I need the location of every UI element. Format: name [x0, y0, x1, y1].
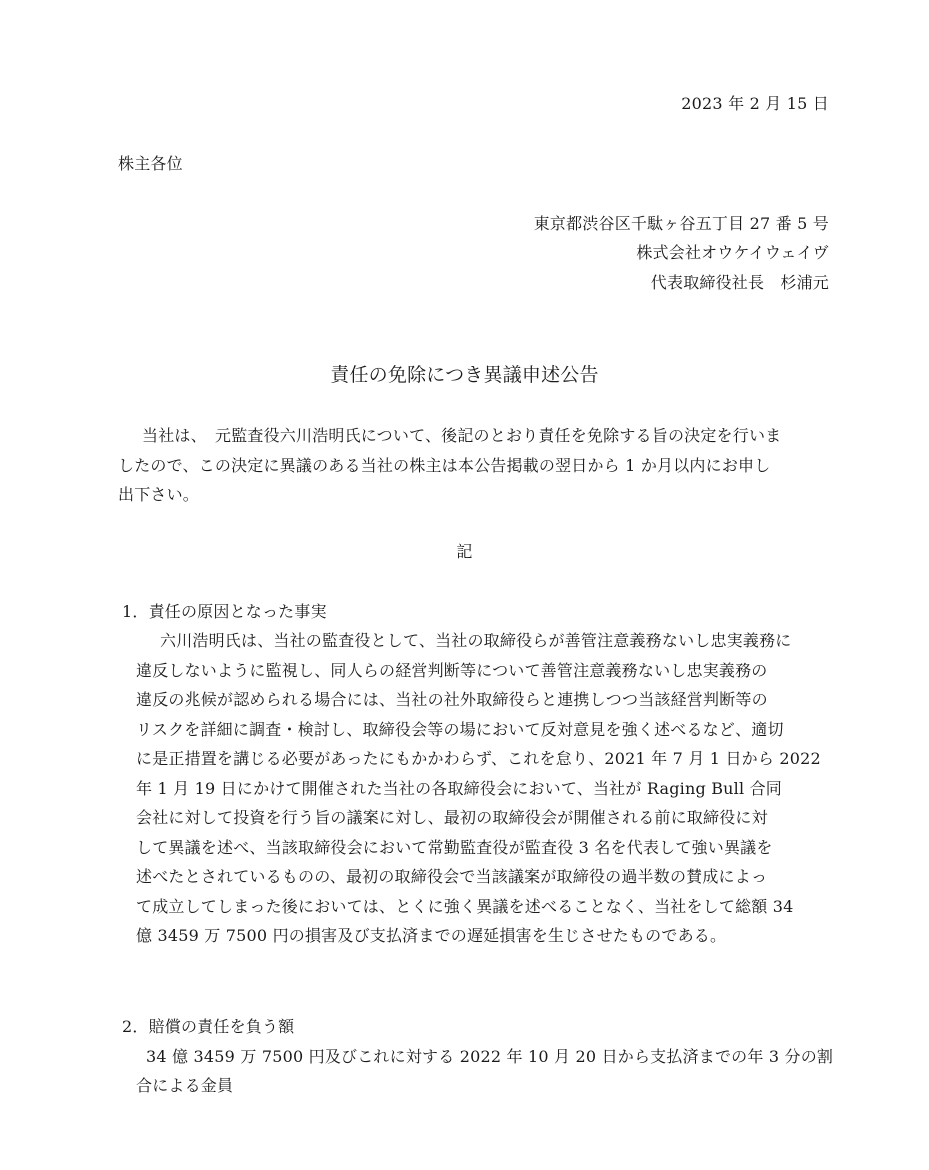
ki-marker: 記 [0, 544, 929, 560]
section-heading: 2．賠償の責任を負う額 [122, 1019, 294, 1035]
addressee: 株主各位 [118, 156, 183, 172]
intro-line: 当社は、 元監査役六川浩明氏について、後記のとおり責任を免除する旨の決定を行いま [142, 428, 781, 444]
page-title: 責任の免除につき異議申述公告 [0, 366, 929, 385]
intro-line: したので、この決定に異議のある当社の株主は本公告掲載の翌日から 1 か月以内にお… [118, 458, 770, 474]
section-line: して異議を述べ、当該取締役会において常勤監査役が監査役 3 名を代表して強い異議… [136, 840, 773, 856]
sender-address: 東京都渋谷区千駄ヶ谷五丁目 27 番 5 号 [534, 216, 829, 232]
intro-line: 出下さい。 [118, 487, 199, 503]
section-line: 違反の兆候が認められる場合には、当社の社外取締役らと連携しつつ当該経営判断等の [136, 692, 768, 708]
document-page: 2023 年 2 月 15 日 株主各位 東京都渋谷区千駄ヶ谷五丁目 27 番 … [0, 0, 929, 1170]
section-line: 違反しないように監視し、同人らの経営判断等について善管注意義務ないし忠実義務の [136, 663, 767, 679]
section-line: 会社に対して投資を行う旨の議案に対し、最初の取締役会が開催される前に取締役に対 [136, 810, 768, 826]
section-line: 合による金員 [136, 1078, 233, 1094]
sender-representative: 代表取締役社長 杉浦元 [651, 275, 829, 291]
notice-date: 2023 年 2 月 15 日 [681, 96, 829, 112]
section-line: 34 億 3459 万 7500 円及びこれに対する 2022 年 10 月 2… [146, 1049, 833, 1065]
section-line: リスクを詳細に調査・検討し、取締役会等の場において反対意見を強く述べるなど、適切 [136, 722, 784, 738]
section-line: 億 3459 万 7500 円の損害及び支払済までの遅延損害を生じさせたものであ… [136, 928, 726, 944]
section-line: 述べたとされているものの、最初の取締役会で当該議案が取締役の過半数の賛成によっ [136, 869, 767, 885]
section-line: 六川浩明氏は、当社の監査役として、当社の取締役らが善管注意義務ないし忠実義務に [160, 633, 791, 649]
section-heading: 1．責任の原因となった事実 [122, 604, 327, 620]
sender-company: 株式会社オウケイウェイヴ [636, 245, 829, 261]
section-line: 年 1 月 19 日にかけて開催された当社の各取締役会において、当社が Ragi… [136, 781, 782, 797]
section-line: て成立してしまった後においては、とくに強く異議を述べることなく、当社をして総額 … [136, 899, 794, 915]
section-line: に是正措置を講じる必要があったにもかかわらず、これを怠り、2021 年 7 月 … [136, 751, 821, 767]
